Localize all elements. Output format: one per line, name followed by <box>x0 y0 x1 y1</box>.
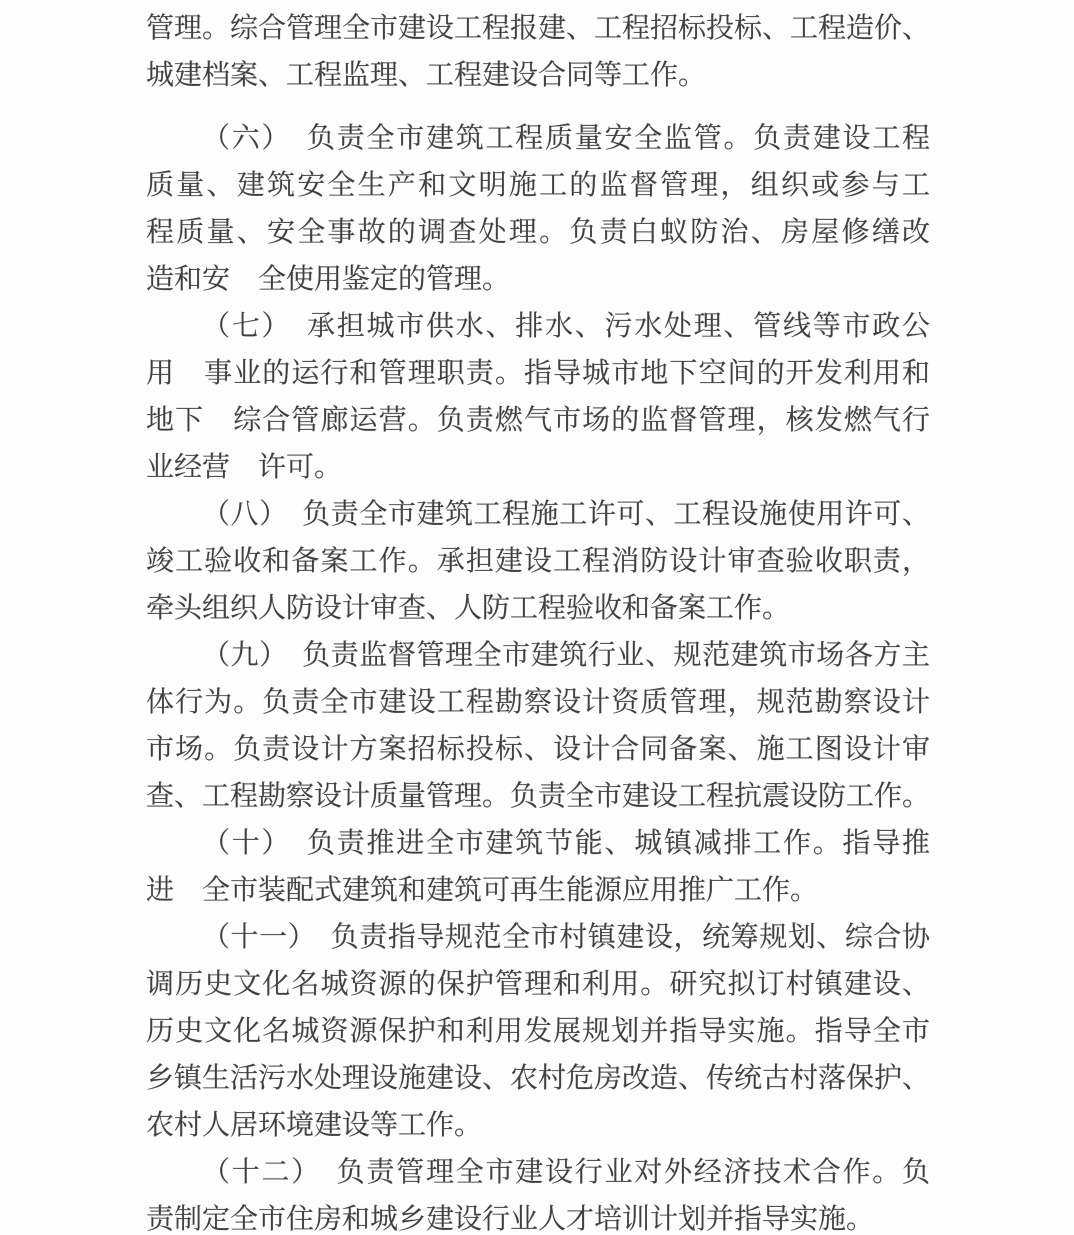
text-line: 进 全市装配式建筑和建筑可再生能源应用推广工作。 <box>146 867 930 914</box>
para-item-7: （七） 承担城市供水、排水、污水处理、管线等市政公用 事业的运行和管理职责。指导… <box>146 303 930 491</box>
text-line: 调历史文化名城资源的保护管理和利用。研究拟订村镇建设、 <box>146 961 930 1008</box>
text-line: （七） 承担城市供水、排水、污水处理、管线等市政公 <box>146 303 930 350</box>
document-page: 管理。综合管理全市建设工程报建、工程招标投标、工程造价、城建档案、工程监理、工程… <box>0 0 1074 1235</box>
text-line: 市场。负责设计方案招标投标、设计合同备案、施工图设计审 <box>146 726 930 773</box>
text-line: 造和安 全使用鉴定的管理。 <box>146 256 930 303</box>
text-line: 历史文化名城资源保护和利用发展规划并指导实施。指导全市 <box>146 1008 930 1055</box>
document-body: 管理。综合管理全市建设工程报建、工程招标投标、工程造价、城建档案、工程监理、工程… <box>146 5 930 1235</box>
text-line: 责制定全市住房和城乡建设行业人才培训计划并指导实施。 <box>146 1196 930 1235</box>
text-line: 竣工验收和备案工作。承担建设工程消防设计审查验收职责， <box>146 538 930 585</box>
text-line: 业经营 许可。 <box>146 444 930 491</box>
para-item-8: （八） 负责全市建筑工程施工许可、工程设施使用许可、竣工验收和备案工作。承担建设… <box>146 491 930 632</box>
text-line: （八） 负责全市建筑工程施工许可、工程设施使用许可、 <box>146 491 930 538</box>
text-line: 城建档案、工程监理、工程建设合同等工作。 <box>146 52 930 99</box>
para-continuation: 管理。综合管理全市建设工程报建、工程招标投标、工程造价、城建档案、工程监理、工程… <box>146 5 930 99</box>
text-line: 质量、建筑安全生产和文明施工的监督管理，组织或参与工 <box>146 162 930 209</box>
para-item-12: （十二） 负责管理全市建设行业对外经济技术合作。负责制定全市住房和城乡建设行业人… <box>146 1149 930 1235</box>
para-item-9: （九） 负责监督管理全市建筑行业、规范建筑市场各方主体行为。负责全市建设工程勘察… <box>146 632 930 820</box>
text-line: 用 事业的运行和管理职责。指导城市地下空间的开发利用和 <box>146 350 930 397</box>
text-line: （十一） 负责指导规范全市村镇建设，统筹规划、综合协 <box>146 914 930 961</box>
para-item-10: （十） 负责推进全市建筑节能、城镇减排工作。指导推进 全市装配式建筑和建筑可再生… <box>146 820 930 914</box>
para-item-11: （十一） 负责指导规范全市村镇建设，统筹规划、综合协调历史文化名城资源的保护管理… <box>146 914 930 1149</box>
text-line: 农村人居环境建设等工作。 <box>146 1102 930 1149</box>
text-line: （六） 负责全市建筑工程质量安全监管。负责建设工程 <box>146 115 930 162</box>
text-line: 管理。综合管理全市建设工程报建、工程招标投标、工程造价、 <box>146 5 930 52</box>
text-line: 程质量、安全事故的调查处理。负责白蚁防治、房屋修缮改 <box>146 209 930 256</box>
text-line: 牵头组织人防设计审查、人防工程验收和备案工作。 <box>146 585 930 632</box>
text-line: （十） 负责推进全市建筑节能、城镇减排工作。指导推 <box>146 820 930 867</box>
para-item-6: （六） 负责全市建筑工程质量安全监管。负责建设工程质量、建筑安全生产和文明施工的… <box>146 115 930 303</box>
text-line: 地下 综合管廊运营。负责燃气市场的监督管理，核发燃气行 <box>146 397 930 444</box>
text-line: （九） 负责监督管理全市建筑行业、规范建筑市场各方主 <box>146 632 930 679</box>
text-line: （十二） 负责管理全市建设行业对外经济技术合作。负 <box>146 1149 930 1196</box>
text-line: 查、工程勘察设计质量管理。负责全市建设工程抗震设防工作。 <box>146 773 930 820</box>
text-line: 乡镇生活污水处理设施建设、农村危房改造、传统古村落保护、 <box>146 1055 930 1102</box>
text-line: 体行为。负责全市建设工程勘察设计资质管理，规范勘察设计 <box>146 679 930 726</box>
